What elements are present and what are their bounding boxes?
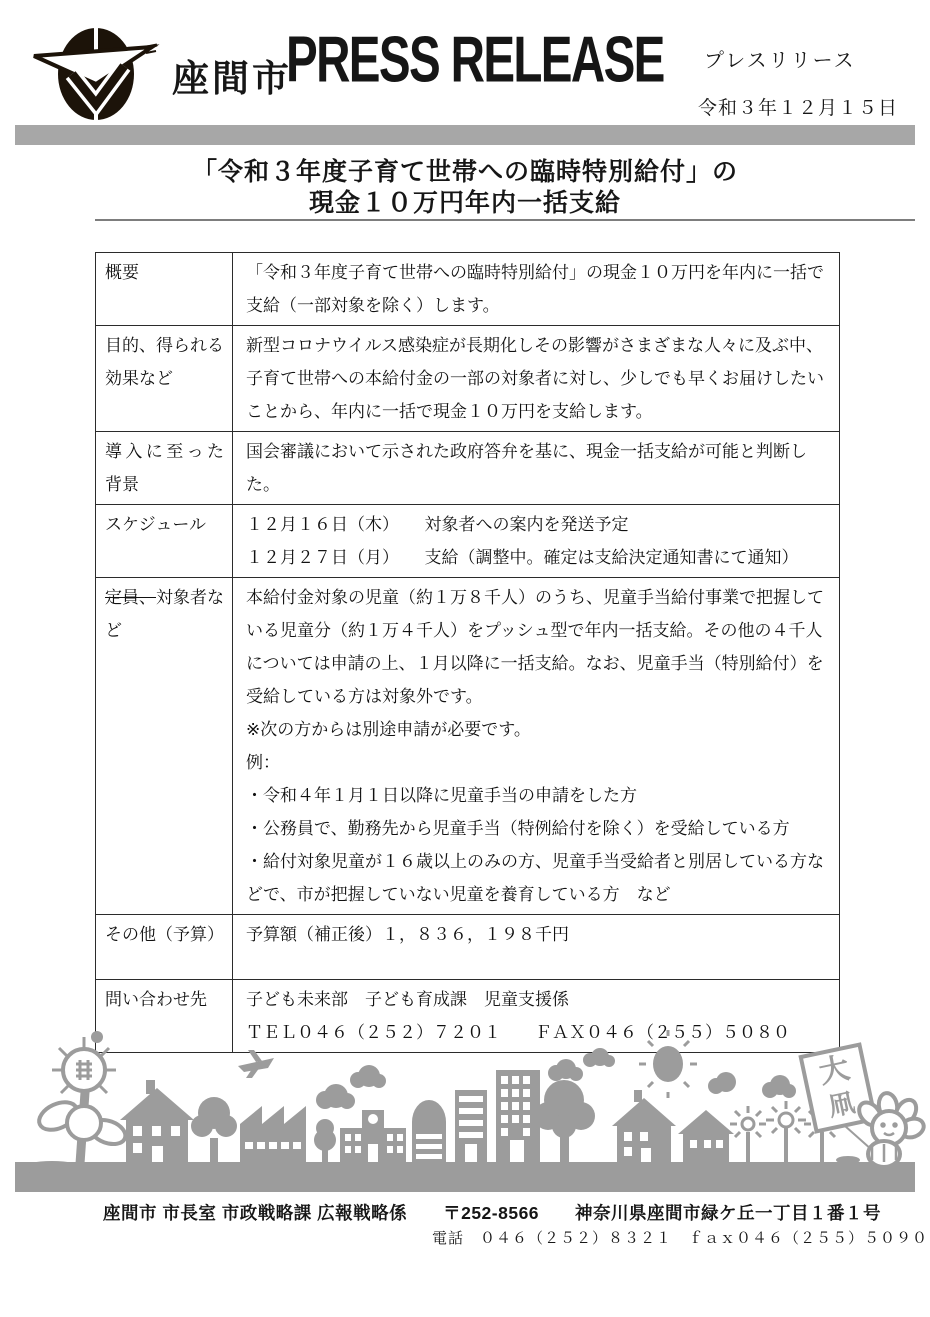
cloud-2 [350, 1065, 386, 1088]
row-label: 概要 [96, 253, 233, 326]
table-row-background: 導入に至った背景 国会審議において示された政府答弁を基に、現金一括支給が可能と判… [96, 432, 840, 505]
striped-building [455, 1090, 487, 1162]
row-content: 予算額（補正後）１，８３６，１９８千円 [233, 915, 840, 980]
row-label-struck-text: 定員、 [105, 588, 156, 607]
airplane-icon [238, 1050, 274, 1078]
row-label-line2: 背景 [105, 475, 139, 494]
cloud-4 [583, 1048, 615, 1067]
ground-bar [15, 1162, 915, 1192]
row-label-line1: 導入に至った [105, 435, 224, 468]
row-content: 国会審議において示された政府答弁を基に、現金一括支給が可能と判断した。 [233, 432, 840, 505]
press-release-heading: PRESS RELEASE [286, 22, 664, 97]
cloud-3 [548, 1059, 583, 1081]
office-building [496, 1070, 540, 1162]
factory [240, 1106, 306, 1162]
row-label: 定員、対象者な ど [96, 578, 233, 915]
row-label: 導入に至った背景 [96, 432, 233, 505]
tree-3 [534, 1080, 595, 1162]
press-release-page: 座間市 PRESS RELEASE プレスリリース 令和３年１２月１５日 「令和… [0, 0, 930, 1317]
document-title: 「令和３年度子育て世帯への臨時特別給付」の 現金１０万円年内一括支給 [0, 157, 930, 219]
sunflower-mascot [855, 1092, 927, 1167]
row-content: 本給付金対象の児童（約１万８千人）のうち、児童手当給付事業で把握している児童分（… [233, 578, 840, 915]
school-building [340, 1110, 406, 1162]
row-label: 目的、得られる 効果など [96, 326, 233, 432]
house-1 [120, 1080, 194, 1162]
city-name: 座間市 [172, 48, 292, 102]
tree-2 [314, 1119, 336, 1162]
row-content: １２月１６日（木） 対象者への案内を発送予定 １２月２７日（月） 支給（調整中。… [233, 505, 840, 578]
zama-city-emblem-icon [30, 24, 160, 124]
footer-phone: 電話 ０４６（２５２）８３２１ ｆａｘ０４６（２５５）５０９０ [432, 1227, 928, 1248]
title-underline [95, 219, 915, 221]
summary-table: 概要 「令和３年度子育て世帯への臨時特別給付」の現金１０万円を年内に一括で支給（… [95, 252, 840, 1053]
document-title-line2: 現金１０万円年内一括支給 [0, 188, 930, 219]
table-row-eligibility: 定員、対象者な ど 本給付金対象の児童（約１万８千人）のうち、児童手当給付事業で… [96, 578, 840, 915]
cloud-1 [316, 1084, 355, 1109]
tree-1 [191, 1097, 237, 1163]
house-2 [612, 1090, 676, 1162]
release-date: 令和３年１２月１５日 [698, 93, 898, 120]
row-label: スケジュール [96, 505, 233, 578]
table-row-overview: 概要 「令和３年度子育て世帯への臨時特別給付」の現金１０万円を年内に一括で支給（… [96, 253, 840, 326]
table-row-schedule: スケジュール １２月１６日（木） 対象者への案内を発送予定 １２月２７日（月） … [96, 505, 840, 578]
dome-tower [412, 1100, 446, 1162]
cloud-5 [708, 1072, 736, 1094]
table-row-budget: その他（予算） 予算額（補正後）１，８３６，１９８千円 [96, 915, 840, 980]
row-label: その他（予算） [96, 915, 233, 980]
press-release-katakana: プレスリリース [704, 44, 856, 73]
table-row-purpose: 目的、得られる 効果など 新型コロナウイルス感染症が長期化しその影響がさまざまな… [96, 326, 840, 432]
row-content: 新型コロナウイルス感染症が長期化しその影響がさまざまな人々に及ぶ中、子育て世帯へ… [233, 326, 840, 432]
footer-address: 座間市 市長室 市政戦略課 広報戦略係 〒252-8566 神奈川県座間市緑ケ丘… [103, 1200, 881, 1225]
header-divider-bar [15, 125, 915, 145]
footer-cityscape-illustration: 大 凧 [0, 1028, 930, 1196]
bush-1 [762, 1075, 796, 1098]
zama-city-logo [30, 24, 160, 124]
sun-icon [639, 1030, 697, 1098]
document-title-line1: 「令和３年度子育て世帯への臨時特別給付」の [0, 157, 930, 188]
row-content: 「令和３年度子育て世帯への臨時特別給付」の現金１０万円を年内に一括で支給（一部対… [233, 253, 840, 326]
sunflower-plant-left [22, 1031, 129, 1175]
house-3 [678, 1110, 734, 1162]
